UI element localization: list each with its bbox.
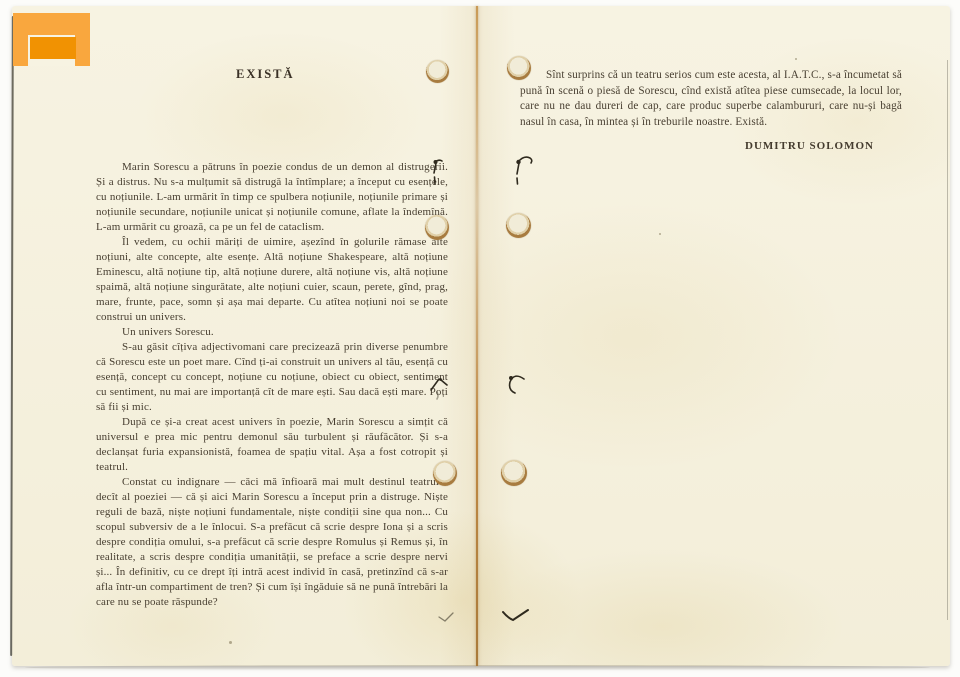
essay-title: EXISTĂ — [236, 67, 295, 82]
author-signature: DUMITRU SOLOMON — [520, 139, 902, 155]
punch-hole — [506, 213, 531, 238]
ink-mark — [436, 610, 456, 629]
speck — [229, 641, 232, 644]
left-page-body: Marin Sorescu a pătruns în poezie condus… — [96, 160, 448, 610]
punch-hole — [433, 461, 457, 486]
right-page-body: Sînt surprins că un teatru serios cum es… — [520, 68, 902, 155]
body-paragraph: Îl vedem, cu ochii măriți de uimire, așe… — [96, 235, 448, 325]
body-paragraph: Constat cu indignare — căci mă înfioară … — [96, 475, 448, 610]
ink-mark — [512, 154, 536, 193]
body-paragraph: Sînt surprins că un teatru serios cum es… — [520, 68, 902, 130]
punch-hole — [507, 56, 531, 80]
punch-hole — [425, 215, 449, 240]
ink-mark — [428, 374, 452, 405]
punch-hole — [426, 60, 449, 83]
speck — [795, 58, 797, 60]
logo-inner-rectangle — [30, 37, 76, 59]
ink-mark — [430, 158, 446, 193]
punch-hole — [501, 460, 527, 486]
page-edge-right — [947, 60, 948, 620]
orange-frame-logo-icon — [13, 13, 90, 66]
scanned-document-spread: EXISTĂ Marin Sorescu a pătruns în poezie… — [0, 0, 960, 677]
ink-mark — [500, 606, 532, 631]
body-paragraph: S-au găsit cîțiva adjectivomani care pre… — [96, 340, 448, 415]
ink-mark — [504, 372, 530, 405]
speck — [659, 233, 661, 235]
body-paragraph: Marin Sorescu a pătruns în poezie condus… — [96, 160, 448, 235]
body-paragraph: După ce și-a creat acest univers în poez… — [96, 415, 448, 475]
spine-crease-line — [476, 6, 478, 666]
body-paragraph: Un univers Sorescu. — [96, 325, 448, 340]
